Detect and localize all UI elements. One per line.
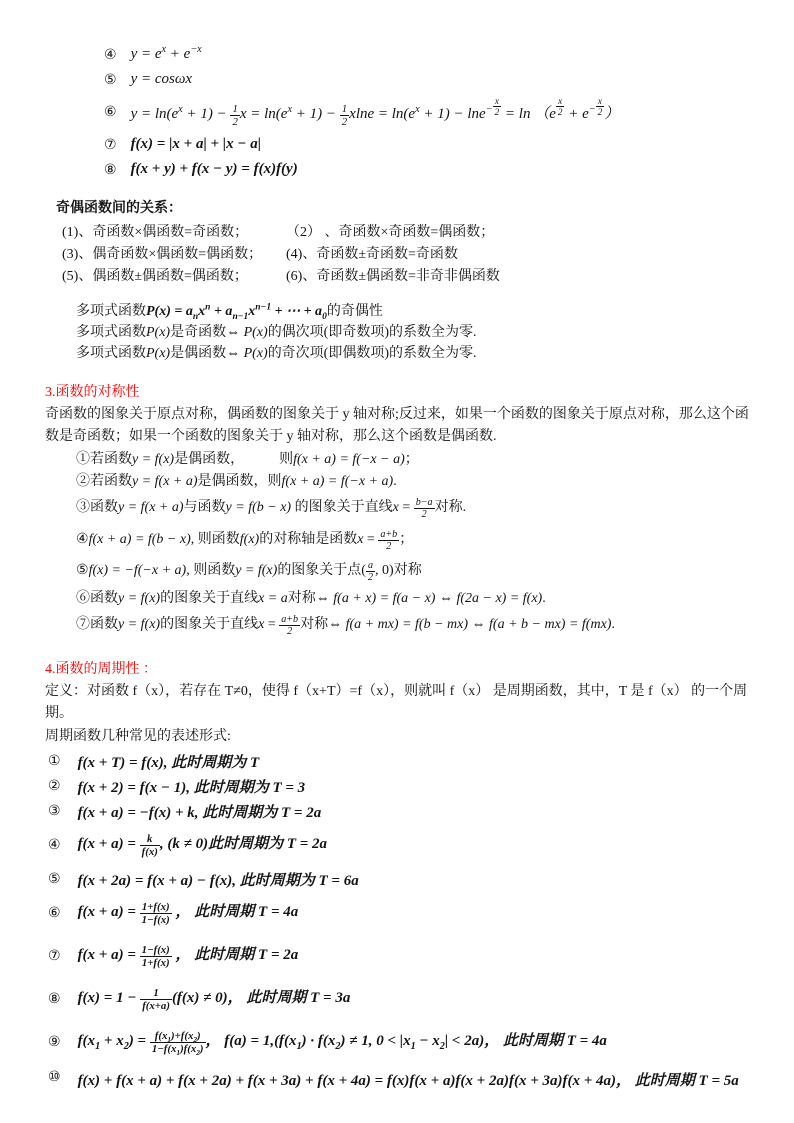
periodicity-heading: 4.函数的周期性 ： [45, 658, 750, 678]
item-number: ⑥ [104, 104, 117, 120]
formula: f(x) = 1 − 1f(x+a)(f(x) ≠ 0)， 此时周期 T = 3… [78, 986, 351, 1012]
symmetry-item: ①若函数y = f(x)是偶函数， 则f(x + a) = f(−x − a)； [76, 449, 750, 471]
item-number: ⑨ [48, 1034, 61, 1050]
symmetry-intro-paragraph: 奇函数的图象关于原点对称，偶函数的图象关于 y 轴对称;反过来，如果一个函数的图… [45, 404, 750, 448]
item-number: ③ [48, 803, 61, 819]
relation-cell: (5)、偶函数±偶函数=偶函数； [62, 266, 286, 288]
periodicity-subtitle: 周期函数几种常见的表述形式: [45, 726, 750, 748]
formula-item-4: ④ y = ex + e−x [104, 42, 750, 67]
formula-item-6: ⑥ y = ln(ex + 1) − 12x = ln(ex + 1) − 12… [104, 92, 750, 132]
formula: f(x) = |x + a| + |x − a| [131, 136, 261, 153]
symmetry-item: ⑤f(x) = −f(−x + a), 则函数y = f(x)的图象关于点(a2… [76, 556, 750, 588]
formula: f(x + T) = f(x), 此时周期为 T [78, 751, 260, 772]
relation-row: (3)、偶奇函数×偶函数=偶函数； (4)、奇函数±奇函数=奇函数 [62, 244, 750, 266]
periodicity-item-7: ⑦ f(x + a) = 1−f(x)1+f(x) ， 此时周期 T = 2a [48, 935, 750, 977]
symmetry-item: ④f(x + a) = f(b − x), 则函数f(x)的对称轴是函数x = … [76, 525, 750, 557]
polynomial-line: 多项式函数P(x)是偶函数⇔ P(x)的奇次项(即偶数项)的系数全为零. [76, 343, 750, 364]
intro-formula-list: ④ y = ex + e−x ⑤ y = cosωx ⑥ y = ln(ex +… [104, 42, 750, 182]
periodicity-section: 4.函数的周期性 ： 定义：对函数 f（x），若存在 T≠0，使得 f（x+T）… [45, 658, 750, 1117]
item-number: ⑤ [104, 72, 117, 88]
symmetry-heading: 3.函数的对称性 [45, 381, 750, 401]
item-number: ⑥ [48, 905, 61, 921]
formula: f(x + a) = kf(x), (k ≠ 0)此时周期为 T = 2a [78, 832, 327, 858]
formula: f(x + a) = 1+f(x)1−f(x) ， 此时周期 T = 4a [78, 900, 299, 926]
relation-cell: (3)、偶奇函数×偶函数=偶函数； [62, 244, 286, 266]
formula: f(x + 2a) = f(x + a) − f(x), 此时周期为 T = 6… [78, 869, 359, 890]
formula: f(x + y) + f(x − y) = f(x)f(y) [131, 161, 298, 178]
document-page: ④ y = ex + e−x ⑤ y = cosωx ⑥ y = ln(ex +… [0, 0, 794, 1123]
formula: f(x + a) = 1−f(x)1+f(x) ， 此时周期 T = 2a [78, 943, 299, 969]
item-number: ⑤ [48, 871, 61, 887]
symmetry-item: ②若函数y = f(x + a)是偶函数，则f(x + a) = f(−x + … [76, 471, 750, 493]
polynomial-line: 多项式函数P(x) = anxn + an−1xn−1 + ⋯ + a0的奇偶性 [76, 301, 750, 322]
relation-row: (1)、奇函数×偶函数=奇函数； （2） 、奇函数×奇函数=偶函数； [62, 222, 750, 244]
formula-item-5: ⑤ y = cosωx [104, 67, 750, 92]
formula-item-8: ⑧ f(x + y) + f(x − y) = f(x)f(y) [104, 157, 750, 182]
relation-cell: (6)、奇函数±偶函数=非奇非偶函数 [286, 266, 500, 288]
symmetry-item: ③函数y = f(x + a)与函数y = f(b − x) 的图象关于直线x … [76, 493, 750, 525]
relation-cell: (1)、奇函数×偶函数=奇函数； [62, 222, 286, 244]
periodicity-item-3: ③ f(x + a) = −f(x) + k, 此时周期为 T = 2a [48, 799, 750, 823]
symmetry-item: ⑥函数y = f(x)的图象关于直线x = a对称⇔ f(a + x) = f(… [76, 588, 750, 610]
parity-relations-section: 奇偶函数间的关系： (1)、奇函数×偶函数=奇函数； （2） 、奇函数×奇函数=… [45, 197, 750, 288]
item-number: ⑧ [104, 162, 117, 178]
symmetry-item: ⑦函数y = f(x)的图象关于直线x = a+b2对称⇔ f(a + mx) … [76, 610, 750, 642]
periodicity-item-4: ④ f(x + a) = kf(x), (k ≠ 0)此时周期为 T = 2a [48, 824, 750, 866]
periodicity-item-5: ⑤ f(x + 2a) = f(x + a) − f(x), 此时周期为 T =… [48, 867, 750, 891]
periodicity-definition: 定义：对函数 f（x），若存在 T≠0，使得 f（x+T）=f（x），则就叫 f… [45, 681, 750, 725]
formula: y = cosωx [131, 71, 193, 88]
formula: f(x1 + x2) = f(x1)+f(x2)1−f(x1)f(x2)， f(… [78, 1029, 607, 1055]
item-number: ② [48, 778, 61, 794]
item-number: ④ [48, 837, 61, 853]
formula-item-7: ⑦ f(x) = |x + a| + |x − a| [104, 132, 750, 157]
polynomial-parity-block: 多项式函数P(x) = anxn + an−1xn−1 + ⋯ + a0的奇偶性… [76, 301, 750, 364]
periodicity-item-9: ⑨ f(x1 + x2) = f(x1)+f(x2)1−f(x1)f(x2)， … [48, 1021, 750, 1063]
item-number: ① [48, 753, 61, 769]
periodicity-item-10: ⑩ f(x) + f(x + a) + f(x + 2a) + f(x + 3a… [48, 1069, 750, 1117]
formula: y = ln(ex + 1) − 12x = ln(ex + 1) − 12xl… [131, 96, 620, 128]
polynomial-line: 多项式函数P(x)是奇函数⇔ P(x)的偶次项(即奇数项)的系数全为零. [76, 322, 750, 343]
formula: f(x + a) = −f(x) + k, 此时周期为 T = 2a [78, 801, 322, 822]
periodicity-item-8: ⑧ f(x) = 1 − 1f(x+a)(f(x) ≠ 0)， 此时周期 T =… [48, 978, 750, 1020]
formula: f(x + 2) = f(x − 1), 此时周期为 T = 3 [78, 776, 306, 797]
parity-relations-title: 奇偶函数间的关系： [56, 197, 750, 217]
relation-cell: (4)、奇函数±奇函数=奇函数 [286, 244, 458, 266]
periodicity-item-6: ⑥ f(x + a) = 1+f(x)1−f(x) ， 此时周期 T = 4a [48, 892, 750, 934]
item-number: ⑦ [48, 948, 61, 964]
item-number: ⑦ [104, 137, 117, 153]
symmetry-section: 3.函数的对称性 奇函数的图象关于原点对称，偶函数的图象关于 y 轴对称;反过来… [45, 381, 750, 641]
relation-row: (5)、偶函数±偶函数=偶函数； (6)、奇函数±偶函数=非奇非偶函数 [62, 266, 750, 288]
periodicity-item-2: ② f(x + 2) = f(x − 1), 此时周期为 T = 3 [48, 774, 750, 798]
item-number: ⑩ [48, 1069, 61, 1085]
item-number: ④ [104, 47, 117, 63]
item-number: ⑧ [48, 991, 61, 1007]
periodicity-item-1: ① f(x + T) = f(x), 此时周期为 T [48, 749, 750, 773]
relation-cell: （2） 、奇函数×奇函数=偶函数； [286, 222, 494, 244]
formula: y = ex + e−x [131, 46, 202, 63]
formula: f(x) + f(x + a) + f(x + 2a) + f(x + 3a) … [78, 1069, 739, 1090]
